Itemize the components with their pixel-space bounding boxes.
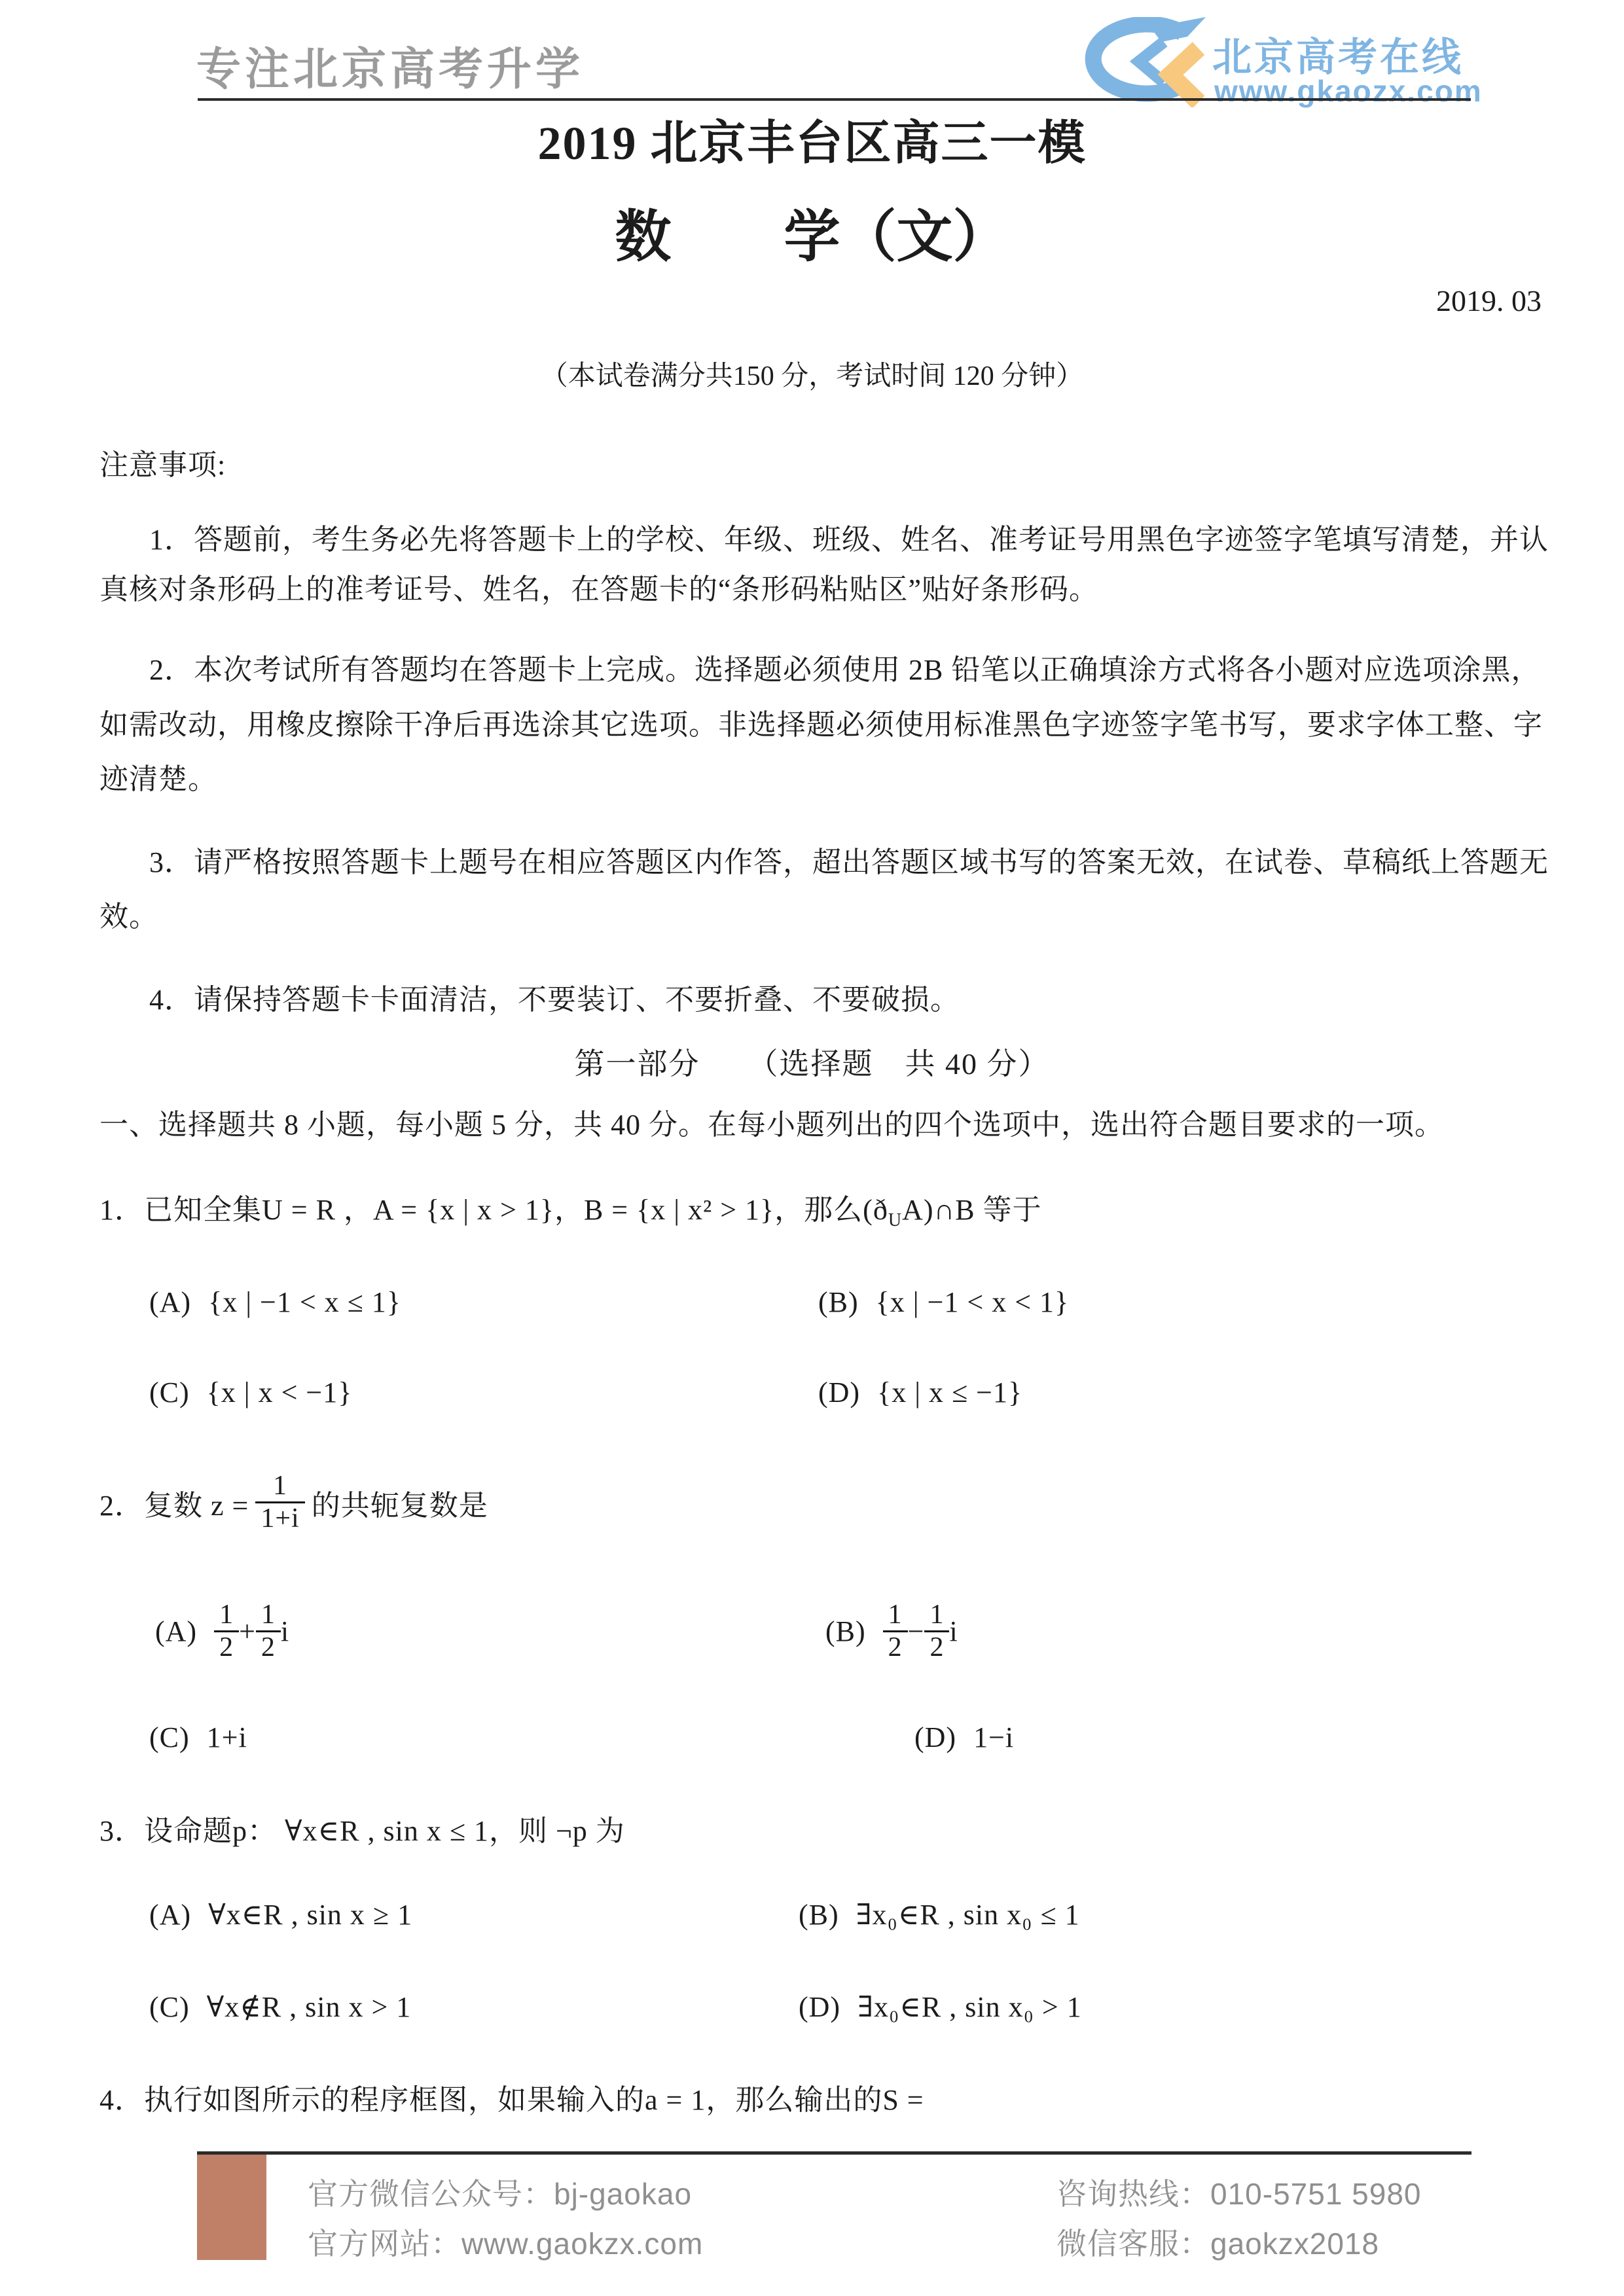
footer-wechat-account: 官方微信公众号：bj-gaokao <box>308 2170 692 2214</box>
q2-a-f1-num: 1 <box>214 1600 239 1630</box>
q2-a-f1-den: 2 <box>214 1630 239 1663</box>
paper-info-line: （本试卷满分共150 分，考试时间 120 分钟） <box>0 354 1624 393</box>
notice-item1-line2: 真核对条形码上的准考证号、姓名，在答题卡的“条形码粘贴区”贴好条形码。 <box>99 565 1098 607</box>
question4-stem: 4．执行如图所示的程序框图，如果输入的a = 1，那么输出的S = <box>99 2076 924 2118</box>
q2-option-b-operator: − <box>908 1615 925 1648</box>
footer-wechat-service: 微信客服：gaokzx2018 <box>1056 2220 1379 2263</box>
q2-option-b: (B) 12 − 12 i <box>825 1587 958 1676</box>
q2-option-d: (D)1−i <box>914 1721 1014 1754</box>
footer-accent-block <box>197 2155 266 2260</box>
q3-option-a-text: ∀x∈R , sin x ≥ 1 <box>208 1899 412 1931</box>
q1-option-b-text: {x | −1 < x < 1} <box>876 1286 1070 1318</box>
header-slogan: 专注北京高考升学 <box>196 34 584 98</box>
q3-option-c-text: ∀x∉R , sin x > 1 <box>207 1991 412 2023</box>
logo-site-text: www.gkaozx.com <box>1214 73 1483 109</box>
page-title: 2019 北京丰台区高三一模 <box>0 105 1624 173</box>
q1-option-d: (D){x | x ≤ −1} <box>818 1376 1022 1409</box>
q3-option-b-text: ∃x₀∈R , sin x₀ ≤ 1 <box>856 1899 1080 1931</box>
notice-item2-line3: 迹清楚。 <box>99 755 217 797</box>
q3-option-a-label: (A) <box>149 1899 191 1931</box>
q2-option-a-tail: i <box>281 1615 289 1648</box>
q1-stem-pre: 1．已知全集U = R ，A = {x | x > 1}，B = {x | x²… <box>99 1194 888 1226</box>
notice-item2-line1: 2．本次考试所有答题均在答题卡上完成。选择题必须使用 2B 铅笔以正确填涂方式将… <box>149 646 1540 688</box>
q1-option-a: (A){x | −1 < x ≤ 1} <box>149 1285 401 1319</box>
footer-hotline: 咨询热线：010-5751 5980 <box>1056 2170 1422 2214</box>
q3-option-d-text: ∃x₀∈R , sin x₀ > 1 <box>857 1991 1082 2023</box>
q2-option-b-frac2: 12 <box>924 1600 949 1663</box>
q2-option-d-label: (D) <box>914 1721 956 1753</box>
q1-option-c-text: {x | x < −1} <box>207 1376 353 1408</box>
q2-option-a-frac1: 12 <box>214 1600 239 1663</box>
q3-option-b: (B)∃x₀∈R , sin x₀ ≤ 1 <box>799 1898 1080 1931</box>
q1-option-d-label: (D) <box>818 1376 860 1408</box>
part1-intro: 一、选择题共 8 小题，每小题 5 分，共 40 分。在每小题列出的四个选项中，… <box>99 1101 1444 1143</box>
q3-option-d-label: (D) <box>799 1991 840 2023</box>
notice-item3-line2: 效。 <box>99 893 158 935</box>
q2-frac-numerator: 1 <box>255 1471 304 1501</box>
q1-option-a-label: (A) <box>149 1286 191 1318</box>
part1-heading: 第一部分 （选择题 共 40 分） <box>0 1040 1624 1083</box>
q2-b-f2-den: 2 <box>924 1630 949 1663</box>
question2-stem: 2．复数 z = 11+i 的共轭复数是 <box>99 1458 488 1547</box>
notice-item3-line1: 3．请严格按照答题卡上题号在相应答题区内作答，超出答题区域书写的答案无效，在试卷… <box>149 838 1549 880</box>
notice-item4: 4．请保持答题卡卡面清洁，不要装订、不要折叠、不要破损。 <box>149 976 960 1018</box>
q2-a-f2-num: 1 <box>256 1600 281 1630</box>
q2-b-f2-num: 1 <box>924 1600 949 1630</box>
q3-option-c-label: (C) <box>149 1991 190 2023</box>
q3-option-c: (C)∀x∉R , sin x > 1 <box>149 1990 411 2024</box>
q2-option-c-text: 1+i <box>207 1721 247 1753</box>
q1-option-c: (C){x | x < −1} <box>149 1376 352 1409</box>
q2-option-b-label: (B) <box>825 1615 866 1648</box>
q1-complement-subscript: U <box>888 1210 902 1230</box>
q1-option-a-text: {x | −1 < x ≤ 1} <box>208 1286 401 1318</box>
q2-option-a-frac2: 12 <box>256 1600 281 1663</box>
q2-stem-pre: 2．复数 z = <box>99 1482 249 1524</box>
q2-frac-denominator: 1+i <box>255 1501 304 1534</box>
q2-option-a-label: (A) <box>155 1615 197 1648</box>
notice-item1-line1: 1．答题前，考生务必先将答题卡上的学校、年级、班级、姓名、准考证号用黑色字迹签字… <box>149 516 1549 558</box>
q2-option-a: (A) 12 + 12 i <box>155 1587 289 1676</box>
gk-logo-svg <box>1066 17 1208 107</box>
q1-option-b: (B){x | −1 < x < 1} <box>818 1285 1069 1319</box>
q2-stem-fraction: 11+i <box>255 1471 304 1534</box>
gk-logo-icon <box>1066 17 1208 107</box>
footer-divider <box>197 2151 1471 2155</box>
q3-option-b-label: (B) <box>799 1899 839 1931</box>
notice-heading: 注意事项: <box>99 441 226 483</box>
q2-option-d-text: 1−i <box>973 1721 1014 1753</box>
question3-stem: 3．设命题p： ∀x∈R , sin x ≤ 1，则 ¬p 为 <box>99 1807 625 1849</box>
q2-option-c-label: (C) <box>149 1721 190 1753</box>
q2-option-a-operator: + <box>239 1615 256 1648</box>
notice-item2-line2: 如需改动，用橡皮擦除干净后再选涂其它选项。非选择题必须使用标准黑色字迹签字笔书写… <box>99 701 1543 743</box>
q2-b-f1-den: 2 <box>883 1630 908 1663</box>
q2-b-f1-num: 1 <box>883 1600 908 1630</box>
header-divider <box>198 98 1471 101</box>
q2-stem-post: 的共轭复数是 <box>312 1482 488 1524</box>
exam-paper-page: 专注北京高考升学 北京高考在线 www.gkaozx.com 2019 北京丰台… <box>0 0 1624 2296</box>
question1-stem: 1．已知全集U = R ，A = {x | x > 1}，B = {x | x²… <box>99 1186 1042 1231</box>
q1-option-d-text: {x | x ≤ −1} <box>877 1376 1022 1408</box>
q3-option-a: (A)∀x∈R , sin x ≥ 1 <box>149 1898 412 1931</box>
q2-option-b-frac1: 12 <box>883 1600 908 1663</box>
q1-stem-post: A)∩B 等于 <box>902 1194 1042 1226</box>
q2-option-c: (C)1+i <box>149 1721 247 1754</box>
subject-title: 数 学（文） <box>0 191 1624 272</box>
q2-option-b-tail: i <box>949 1615 958 1648</box>
q3-option-d: (D)∃x₀∈R , sin x₀ > 1 <box>799 1990 1082 2024</box>
exam-date: 2019. 03 <box>1436 283 1542 318</box>
q1-option-c-label: (C) <box>149 1376 190 1408</box>
footer-website: 官方网站：www.gaokzx.com <box>308 2220 703 2263</box>
q1-option-b-label: (B) <box>818 1286 859 1318</box>
q2-a-f2-den: 2 <box>256 1630 281 1663</box>
